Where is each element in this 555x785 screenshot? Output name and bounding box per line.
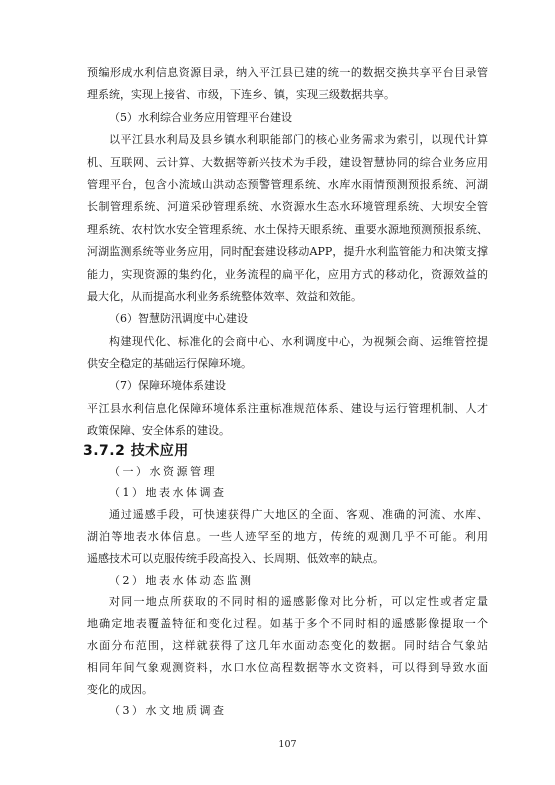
text-line: 变化的成因。 <box>87 679 488 701</box>
page-number: 107 <box>87 739 488 750</box>
text-line: 通过遥感手段，可快速获得广大地区的全面、客观、准确的河流、水库、 <box>87 504 488 526</box>
text-line: （5）水利综合业务应用管理平台建设 <box>87 107 488 129</box>
text-line: 遥感技术可以克服传统手段高投入、长周期、低效率的缺点。 <box>87 548 488 570</box>
text-line: 对同一地点所获取的不同时相的遥感影像对比分析，可以定性或者定量 <box>87 591 488 613</box>
text-line: 政策保障、安全体系的建设。 <box>87 420 488 442</box>
document-page: 预编形成水利信息资源目录，纳入平江县已建的统一的数据交换共享平台目录管理系统，实… <box>0 0 555 785</box>
text-line: 理系统、农村饮水安全管理系统、水土保持天眼系统、重要水源地预测预报系统、 <box>87 219 488 241</box>
text-line: 相同年间气象观测资料，水口水位高程数据等水文资料，可以得到导致水面 <box>87 657 488 679</box>
text-line: 构建现代化、标准化的会商中心、水利调度中心，为视频会商、运维管控提 <box>87 331 488 353</box>
section-heading: 3.7.2 技术应用 <box>83 441 488 461</box>
list-heading: （3）水文地质调查 <box>87 700 488 722</box>
text-line: 预编形成水利信息资源目录，纳入平江县已建的统一的数据交换共享平台目录管 <box>87 62 488 84</box>
text-line: 理系统，实现上接省、市级，下连乡、镇，实现三级数据共享。 <box>87 84 488 106</box>
text-line: 河湖监测系统等业务应用，同时配套建设移动APP，提升水利监管能力和决策支撑 <box>87 241 488 263</box>
text-line: 平江县水利信息化保障环境体系注重标准规范体系、建设与运行管理机制、人才 <box>87 398 488 420</box>
list-heading: （一）水资源管理 <box>87 461 488 483</box>
text-line: 能力，实现资源的集约化，业务流程的扁平化，应用方式的移动化，资源效益的 <box>87 264 488 286</box>
list-heading: （2）地表水体动态监测 <box>87 570 488 592</box>
text-line: （7）保障环境体系建设 <box>87 375 488 397</box>
text-line: 地确定地表覆盖特征和变化过程。如基于多个不同时相的遥感影像提取一个 <box>87 613 488 635</box>
text-line: 以平江县水利局及县乡镇水利职能部门的核心业务需求为索引，以现代计算 <box>87 129 488 151</box>
text-line: 湖泊等地表水体信息。一些人迹罕至的地方，传统的观测几乎不可能。利用 <box>87 526 488 548</box>
text-line: 供安全稳定的基础运行保障环境。 <box>87 353 488 375</box>
document-body: 预编形成水利信息资源目录，纳入平江县已建的统一的数据交换共享平台目录管理系统，实… <box>87 62 488 750</box>
text-line: 长制管理系统、河道采砂管理系统、水资源水生态水环境管理系统、大坝安全管 <box>87 196 488 218</box>
list-heading: （1）地表水体调查 <box>87 482 488 504</box>
text-line: （6）智慧防汛调度中心建设 <box>87 308 488 330</box>
text-line: 机、互联网、云计算、大数据等新兴技术为手段，建设智慧协同的综合业务应用 <box>87 152 488 174</box>
text-line: 最大化，从而提高水利业务系统整体效率、效益和效能。 <box>87 286 488 308</box>
text-line: 水面分布范围，这样就获得了这几年水面动态变化的数据。同时结合气象站 <box>87 635 488 657</box>
text-line: 管理平台，包含小流域山洪动态预警管理系统、水库水雨情预测预报系统、河湖 <box>87 174 488 196</box>
